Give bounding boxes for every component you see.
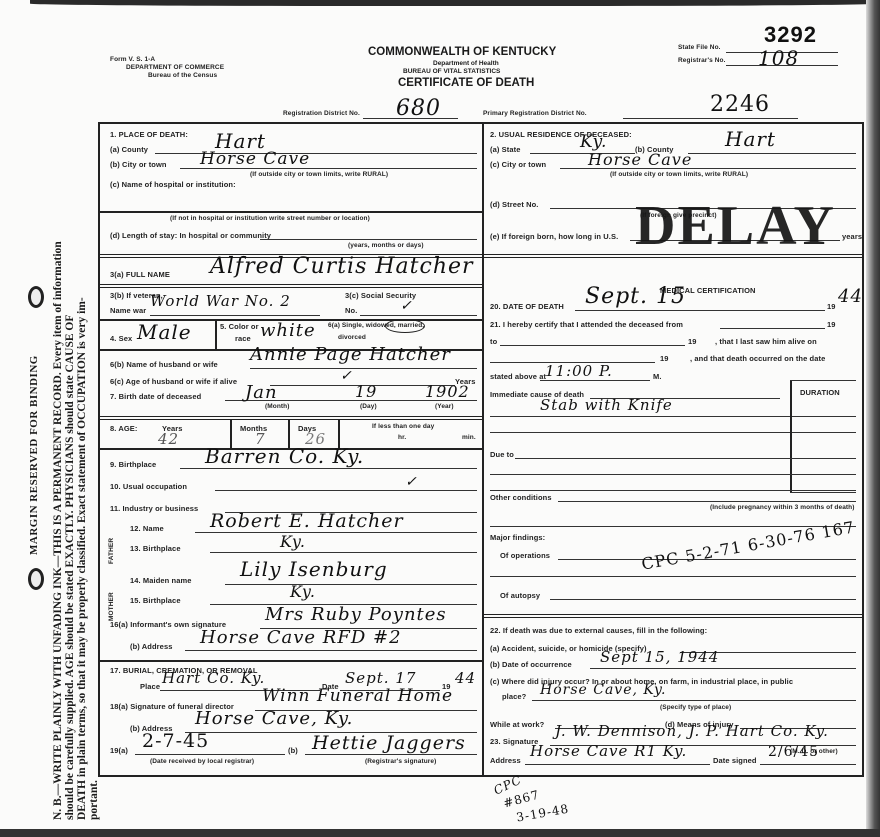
to-label: to [490,337,497,346]
page-title: COMMONWEALTH OF KENTUCKY [368,46,556,58]
state-file-label: State File No. [678,44,721,51]
department: DEPARTMENT OF COMMERCE [126,64,224,71]
birth-date-label: 7. Birth date of deceased [110,392,201,401]
res-city-label: (c) City or town [490,160,546,169]
full-name-label: 3(a) FULL NAME [110,270,170,279]
father-name-value: Robert E. Hatcher [210,510,404,532]
father-birthplace-value: Ky. [280,532,306,551]
marital-label-2: divorced [338,334,366,341]
primary-district-number: 2246 [710,92,770,117]
age-label: 8. AGE: [110,424,138,433]
director-address-value: Horse Cave, Ky. [195,708,353,729]
year-19-label: 19 [827,320,836,329]
informant-address-value: Horse Cave RFD #2 [200,627,402,648]
place-of-death-heading: 1. PLACE OF DEATH: [110,130,188,139]
m-label: M. [653,372,662,381]
birthplace-value: Barren Co. Ky. [205,444,364,468]
res-state-value: Ky. [580,132,607,152]
major-findings-label: Major findings: [490,533,545,542]
age-min-label: min. [462,434,476,441]
city-label: (b) City or town [110,160,167,169]
mother-name-value: Lily Isenburg [240,557,388,581]
registrar-sig-label: (b) [288,746,298,755]
primary-district-label: Primary Registration District No. [483,110,587,117]
spouse-age-label: 6(c) Age of husband or wife if alive [110,377,237,386]
occupation-value: ✓ [405,474,418,490]
city-note: (If outside city or town limits, write R… [250,171,388,178]
spouse-value: Annie Page Hatcher [250,344,451,365]
ss-no-label: No. [345,306,357,315]
age-hr-label: hr. [398,434,406,441]
reg-district-label: Registration District No. [283,110,360,117]
spouse-age-value: ✓ [340,368,353,384]
death-time-value: 11:00 P. [545,362,613,380]
binding-hole-icon [28,568,44,590]
registrar-signature: Hettie Jaggers [312,732,466,754]
mother-name-label: 14. Maiden name [130,576,192,585]
received-label: 19(a) [110,746,128,755]
marital-selected-circle [385,319,425,333]
day-note: (Day) [360,403,377,410]
occurrence-value: Sept 15, 1944 [600,648,719,666]
certificate-form: Form V. S. 1-A DEPARTMENT OF COMMERCE Bu… [98,40,866,815]
reg-district-number: 680 [396,96,441,121]
year-19-label: 19 [660,354,669,363]
res-city-value: Horse Cave [588,150,692,169]
informant-address-label: (b) Address [130,642,173,651]
injury-place-label: place? [502,692,526,701]
registrar-number: 108 [758,46,799,70]
res-street-label: (d) Street No. [490,200,538,209]
sex-value: Male [137,320,192,344]
birthplace-label: 9. Birthplace [110,460,156,469]
race-label-2: race [235,334,251,343]
hospital-note: (If not in hospital or institution write… [170,215,370,222]
certificate-title: CERTIFICATE OF DEATH [398,77,534,89]
mother-birthplace-label: 15. Birthplace [130,596,181,605]
veteran-value: World War No. 2 [150,292,291,310]
form-number: Form V. S. 1-A [110,56,155,63]
autopsy-label: Of autopsy [500,591,540,600]
bureau-vital: BUREAU OF VITAL STATISTICS [403,68,500,75]
birth-day-value: 19 [355,382,377,401]
birth-year-value: 1902 [425,382,470,401]
year-19-label: 19 [688,337,697,346]
date-signed-value: 2/6/45 [768,744,819,760]
burial-date-value: Sept. 17 [345,669,416,687]
duration-label: DURATION [800,388,840,397]
death-certificate: MARGIN RESERVED FOR BINDING N. B.—WRITE … [0,0,880,837]
margin-binding-label: MARGIN RESERVED FOR BINDING [28,355,40,555]
year-note: (Year) [435,403,454,410]
death-date-value: Sept. 15 [585,284,686,309]
other-conditions-label: Other conditions [490,493,552,502]
signer-address-value: Horse Cave R1 Ky. [530,742,687,760]
date-signed-label: Date signed [713,756,757,765]
stated-label: stated above at [490,372,546,381]
father-tag: FATHER [108,538,115,564]
mother-tag: MOTHER [108,592,115,621]
death-city-value: Horse Cave [200,149,310,169]
stay-label: (d) Length of stay: In hospital or commu… [110,231,271,240]
residence-heading: 2. USUAL RESIDENCE OF DECEASED: [490,130,632,139]
scan-edge-bottom [0,829,880,837]
age-less-day-label: If less than one day [372,423,434,430]
death-date-label: 20. DATE OF DEATH [490,302,564,311]
occurred-label: , and that death occurred on the date [690,354,825,363]
birth-month-value: Jan [245,382,278,403]
full-name-value: Alfred Curtis Hatcher [210,254,474,279]
stay-note: (years, months or days) [348,242,424,249]
father-name-label: 12. Name [130,524,164,533]
father-birthplace-label: 13. Birthplace [130,544,181,553]
operations-label: Of operations [500,551,550,560]
sex-label: 4. Sex [110,334,132,343]
occupation-label: 10. Usual occupation [110,482,187,491]
injury-place-value: Horse Cave, Ky. [540,682,666,698]
form-frame: 1. PLACE OF DEATH: (a) County Hart (b) C… [98,122,864,777]
funeral-director-value: Winn Funeral Home [262,686,453,706]
county-label: (a) County [110,145,148,154]
age-years-value: 42 [158,430,179,448]
res-foreign-suffix: years [842,232,862,241]
hospital-label: (c) Name of hospital or institution: [110,180,236,189]
margin-instructions: N. B.—WRITE PLAINLY WITH UNFADING INK—TH… [52,50,100,820]
certify-label: 21. I hereby certify that I attended the… [490,320,683,329]
bureau-census: Bureau of the Census [148,72,217,79]
death-year-value: 44 [838,286,863,307]
mother-birthplace-value: Ky. [290,582,316,601]
informant-signature: Mrs Ruby Poyntes [265,604,447,625]
other-conditions-note: (Include pregnancy within 3 months of de… [710,504,855,511]
state-file-number: 3292 [764,22,817,48]
binding-hole-icon [28,286,44,308]
external-heading: 22. If death was due to external causes,… [490,626,707,635]
race-label: 5. Color or [220,322,259,331]
race-value: white [260,320,316,341]
spouse-label: 6(b) Name of husband or wife [110,360,218,369]
received-note: (Date received by local registrar) [150,758,254,765]
due-to-label: Due to [490,450,514,459]
month-note: (Month) [265,403,290,410]
scan-edge-top [30,0,880,6]
veteran-name-label: Name war [110,306,146,315]
industry-label: 11. Industry or business [110,504,198,513]
occurrence-label: (b) Date of occurrence [490,660,572,669]
at-work-label: While at work? [490,720,544,729]
delay-stamp: DELAY [635,194,836,258]
registrar-label: Registrar's No. [678,57,725,64]
signer-address-label: Address [490,756,521,765]
ss-value: ✓ [400,298,413,314]
dept-health: Department of Health [433,60,499,67]
scan-edge-right [866,0,880,837]
death-year-prefix: 19 [827,302,836,311]
last-saw-label: , that I last saw him alive on [715,337,817,346]
injury-place-note: (Specify type of place) [660,704,731,711]
burial-place-value: Hart Co. Ky. [162,669,265,687]
signer-signature: J. W. Dennison, J. P. Hart Co. Ky. [555,722,829,740]
burial-year-value: 44 [455,669,476,687]
res-city-note: (If outside city or town limits, write R… [610,171,748,178]
registrar-sig-note: (Registrar's signature) [365,758,436,765]
received-date-value: 2-7-45 [142,730,209,752]
res-foreign-label: (e) If foreign born, how long in U.S. [490,232,618,241]
cause-value: Stab with Knife [540,396,673,414]
res-state-label: (a) State [490,145,521,154]
res-county-value: Hart [725,127,776,151]
burial-place-label: Place [140,682,160,691]
